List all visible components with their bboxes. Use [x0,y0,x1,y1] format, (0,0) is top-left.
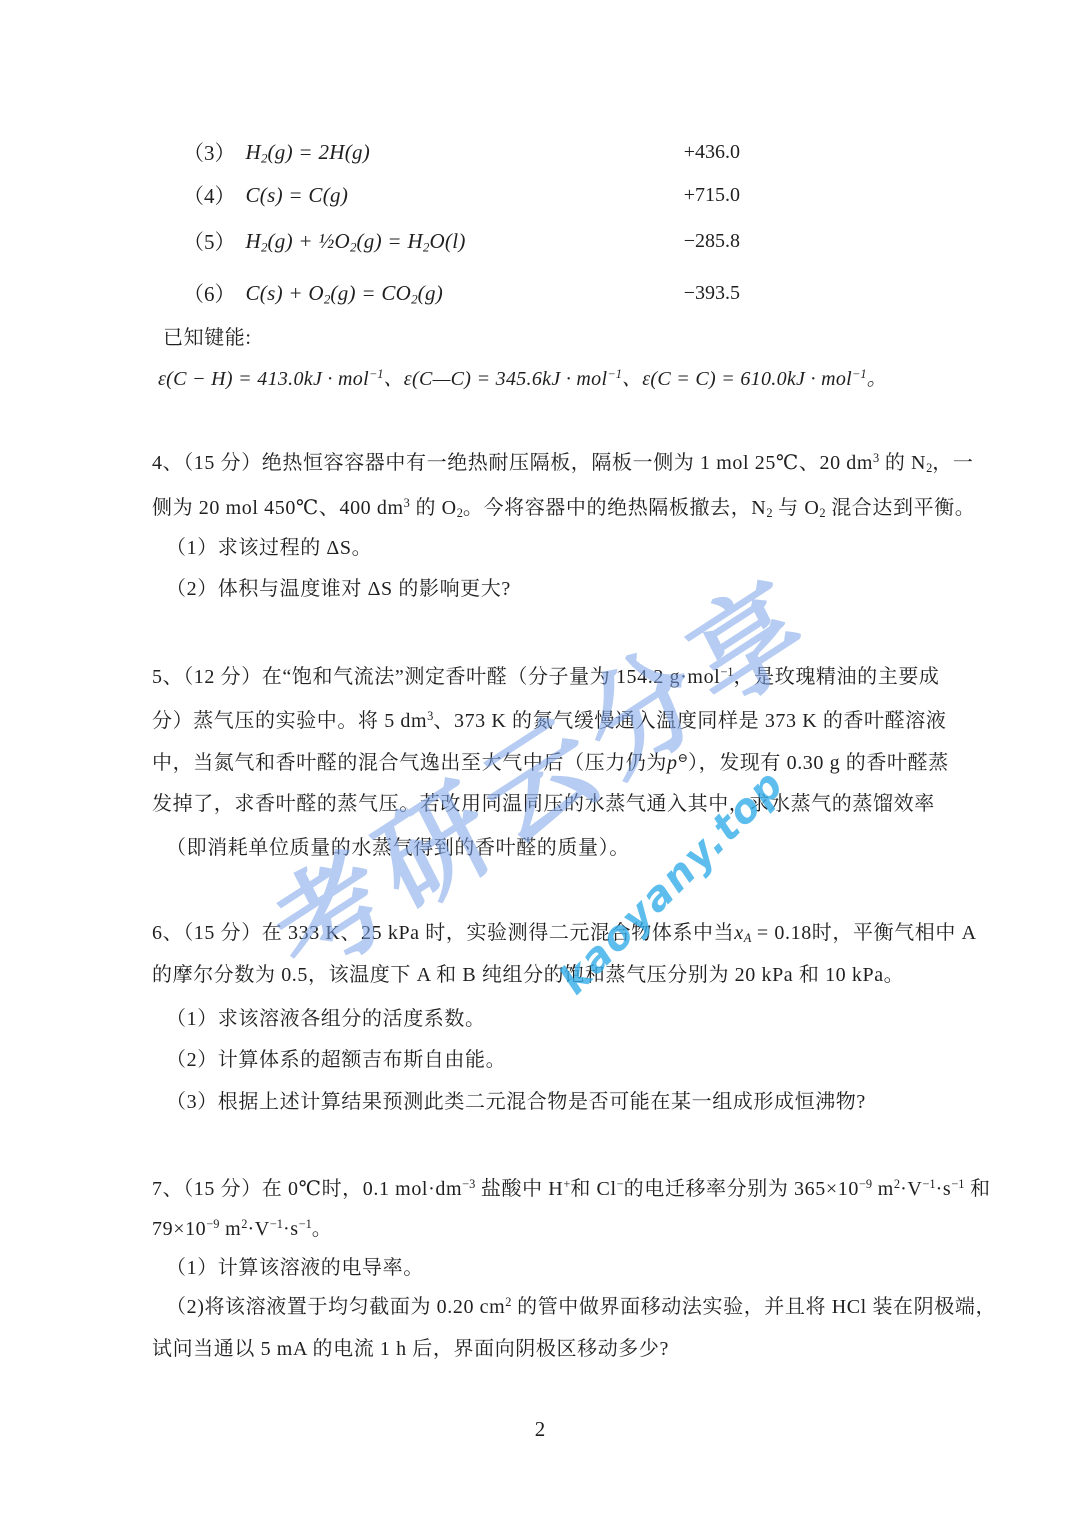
question-subitem-line: （2)将该溶液置于均匀截面为 0.20 cm2 的管中做界面移动法实验，并且将 … [166,1293,996,1321]
question-line: 6、（15 分）在 333 K、25 kPa 时，实验测得二元混合物体系中当xA… [152,919,977,947]
equation-enthalpy-value: +715.0 [684,184,740,207]
equation: （6）C(s) + O2(g) = CO2(g) [183,278,443,308]
bond-energy-heading: 已知键能: [163,324,252,352]
reaction-equation-row: （4）C(s) = C(g) +715.0 [183,180,740,210]
equation: （4）C(s) = C(g) [183,180,348,210]
page-number: 2 [0,1417,1080,1442]
equation-formula: H2(g) + ½O2(g) = H2O(l) [246,229,466,254]
equation-label: （3） [183,137,236,167]
equation-formula: C(s) = C(g) [246,183,349,208]
equation-label: （5） [183,226,236,256]
question-subitem-line: （3）根据上述计算结果预测此类二元混合物是否可能在某一组成形成恒沸物? [166,1088,866,1116]
question-line: 5、（12 分）在“饱和气流法”测定香叶醛（分子量为 154.2 g·mol−1… [152,663,940,691]
question-line: 4、（15 分）绝热恒容容器中有一绝热耐压隔板，隔板一侧为 1 mol 25℃、… [152,449,974,477]
equation-enthalpy-value: −393.5 [684,282,740,305]
equation-formula: H2(g) = 2H(g) [246,140,371,165]
question-subitem-line: （2）体积与温度谁对 ΔS 的影响更大? [166,575,511,603]
question-subitem-line: （1）求该过程的 ΔS。 [166,534,372,562]
question-line: 的摩尔分数为 0.5，该温度下 A 和 B 纯组分的饱和蒸气压分别为 20 kP… [152,961,904,989]
question-line: 中，当氮气和香叶醛的混合气逸出至大气中后（压力仍为p⊖），发现有 0.30 g … [152,749,949,777]
reaction-equation-row: （3）H2(g) = 2H(g) +436.0 [183,137,740,167]
equation-label: （6） [183,278,236,308]
question-line: 79×10−9 m2·V−1·s−1。 [152,1215,332,1243]
question-line: 试问当通以 5 mA 的电流 1 h 后，界面向阴极区移动多少? [152,1335,669,1363]
question-line: 7、（15 分）在 0℃时，0.1 mol·dm−3 盐酸中 H+和 Cl−的电… [152,1175,991,1203]
exam-page: （3）H2(g) = 2H(g) +436.0 （4）C(s) = C(g) +… [0,0,1080,1528]
question-line: 分）蒸气压的实验中。将 5 dm3、373 K 的氮气缓慢通入温度同样是 373… [152,707,946,735]
question-subitem-line: （1）求该溶液各组分的活度系数。 [166,1005,486,1033]
equation: （3）H2(g) = 2H(g) [183,137,370,167]
equation-formula: C(s) + O2(g) = CO2(g) [246,281,444,306]
reaction-equation-row: （5）H2(g) + ½O2(g) = H2O(l) −285.8 [183,226,740,256]
bond-energy-values: ε(C − H) = 413.0kJ · mol−1、ε(C—C) = 345.… [158,365,887,393]
question-subitem-line: （2）计算体系的超额吉布斯自由能。 [166,1046,506,1074]
equation: （5）H2(g) + ½O2(g) = H2O(l) [183,226,466,256]
equation-enthalpy-value: +436.0 [684,141,740,164]
reaction-equation-row: （6）C(s) + O2(g) = CO2(g) −393.5 [183,278,740,308]
question-line: 侧为 20 mol 450℃、400 dm3 的 O2。今将容器中的绝热隔板撤去… [152,494,975,522]
question-subitem-line: （1）计算该溶液的电导率。 [166,1254,424,1282]
question-line: 发掉了，求香叶醛的蒸气压。若改用同温同压的水蒸气通入其中，求水蒸气的蒸馏效率 [152,790,935,818]
equation-enthalpy-value: −285.8 [684,230,740,253]
question-line: （即消耗单位质量的水蒸气得到的香叶醛的质量）。 [166,834,630,862]
equation-label: （4） [183,180,236,210]
